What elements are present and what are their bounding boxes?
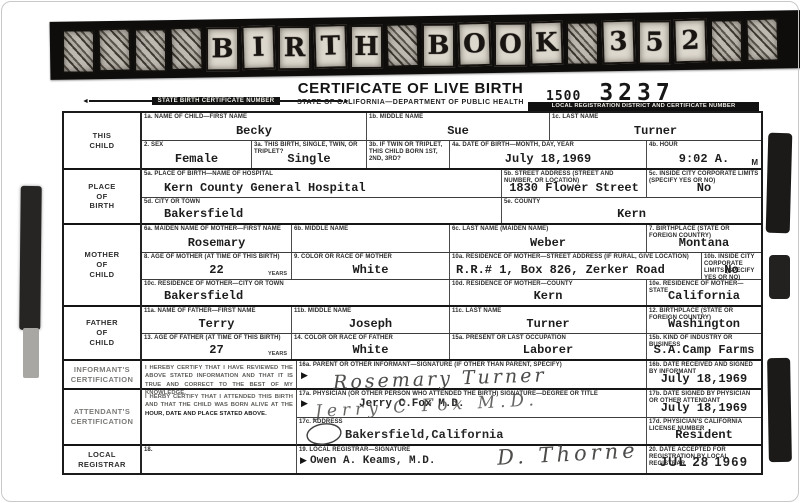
birth-book-stamp-bar: BIRTHBOOK352 [50, 10, 800, 80]
field-17b: 17b. DATE SIGNED BY PHYSICIAN OR OTHER A… [647, 390, 761, 417]
field-6c: 6c. LAST NAME (MAIDEN NAME) Weber [450, 225, 647, 252]
stamp-tile-letter: O [457, 22, 491, 67]
stamp-tile-letter: 5 [638, 20, 671, 64]
field-5e-label: 5e. COUNTY [504, 199, 759, 206]
book-stamp-tiles: BIRTHBOOK352 [62, 17, 780, 72]
field-14-label: 14. COLOR OR RACE OF FATHER [294, 335, 447, 342]
field-9-value: White [292, 263, 449, 277]
field-15b-value: S.A.Camp Farms [647, 343, 761, 357]
field-5b-value: 1830 Flower Street [502, 181, 646, 195]
row-mother-residence: 10c. RESIDENCE OF MOTHER—CITY OR TOWN Ba… [142, 280, 761, 307]
attendant-text-bold: HOUR, DATE AND PLACE STATED ABOVE. [145, 411, 267, 417]
field-8-label: 8. AGE OF MOTHER (AT TIME OF THIS BIRTH) [144, 254, 289, 261]
field-1c-label: 1c. LAST NAME [552, 114, 759, 121]
field-5b: 5b. STREET ADDRESS (STREET AND NUMBER, O… [502, 170, 647, 197]
field-20: 20. DATE ACCEPTED FOR REGISTRATION BY LO… [647, 446, 761, 473]
field-9-label: 9. COLOR OR RACE OF MOTHER [294, 254, 447, 261]
field-3a: 3a. THIS BIRTH, SINGLE, TWIN, OR TRIPLET… [252, 141, 367, 168]
field-6a-label: 6a. MAIDEN NAME OF MOTHER—FIRST NAME [144, 226, 289, 233]
field-17a: 17a. PHYSICIAN (OR OTHER PERSON WHO ATTE… [297, 390, 647, 417]
field-10d: 10d. RESIDENCE OF MOTHER—COUNTY Kern [450, 280, 647, 305]
row-father-name: 11a. NAME OF FATHER—FIRST NAME Terry 11b… [142, 307, 761, 334]
birth-certificate-scan: BIRTHBOOK352 ◄ STATE BIRTH CERTIFICATE N… [0, 0, 800, 503]
registrar-typed-name: Owen A. Keams, M.D. [310, 455, 435, 467]
scan-artifact-right-mid [769, 255, 790, 299]
field-1b: 1b. MIDDLE NAME Sue [367, 113, 550, 140]
field-15b: 15b. KIND OF INDUSTRY OR BUSINESS S.A.Ca… [647, 334, 761, 359]
field-1c-value: Turner [550, 124, 761, 138]
field-6c-value: Weber [450, 236, 646, 250]
row-city-county: 5d. CITY OR TOWN Bakersfield 5e. COUNTY … [142, 198, 761, 225]
field-10b: 10b. INSIDE CITY CORPORATE LIMITS (SPECI… [702, 253, 761, 279]
stamp-tile-smudge [566, 22, 599, 66]
row-father-age-occupation: 13. AGE OF FATHER (AT TIME OF THIS BIRTH… [142, 334, 761, 361]
stamp-tile-letter: T [313, 24, 347, 69]
stamp-tile-letter: K [529, 21, 563, 66]
field-6a: 6a. MAIDEN NAME OF MOTHER—FIRST NAME Ros… [142, 225, 292, 252]
stamp-tile-letter: H [350, 25, 383, 69]
field-10c: 10c. RESIDENCE OF MOTHER—CITY OR TOWN Ba… [142, 280, 450, 305]
section-mother-of-child: MOTHER OF CHILD [64, 225, 140, 307]
field-4b-label: 4b. HOUR [649, 142, 759, 149]
field-15a-value: Laborer [450, 343, 646, 357]
section-father-of-child: FATHER OF CHILD [64, 307, 140, 361]
field-11b: 11b. MIDDLE NAME Joseph [292, 307, 450, 333]
section-attendants-certification: ATTENDANT'S CERTIFICATION [64, 390, 140, 446]
scan-artifact-left-grey [23, 328, 39, 378]
field-16a: 16a. PARENT OR OTHER INFORMANT—SIGNATURE… [297, 361, 647, 388]
row-sex-date: 2. SEX Female 3a. THIS BIRTH, SINGLE, TW… [142, 141, 761, 170]
field-11c-value: Turner [450, 317, 646, 331]
row-mother-age-residence: 8. AGE OF MOTHER (AT TIME OF THIS BIRTH)… [142, 253, 761, 280]
field-4b-value: 9:02 A. [647, 152, 761, 166]
row-local-registrar: 18. 19. LOCAL REGISTRAR—SIGNATURE ▶ Owen… [142, 446, 761, 473]
field-11a-value: Terry [142, 317, 291, 331]
section-label-column: THIS CHILD PLACE OF BIRTH MOTHER OF CHIL… [64, 113, 142, 473]
signature-pointer-icon: ▶ [301, 371, 308, 380]
stamp-tile-letter: 2 [673, 18, 707, 63]
field-14: 14. COLOR OR RACE OF FATHER White [292, 334, 450, 359]
row-mother-name: 6a. MAIDEN NAME OF MOTHER—FIRST NAME Ros… [142, 225, 761, 253]
field-11c-label: 11c. LAST NAME [452, 308, 644, 315]
informant-certification-cell: I HEREBY CERTIFY THAT I HAVE REVIEWED TH… [142, 361, 297, 388]
field-8: 8. AGE OF MOTHER (AT TIME OF THIS BIRTH)… [142, 253, 292, 279]
field-7: 7. BIRTHPLACE (STATE OR FOREIGN COUNTRY)… [647, 225, 761, 252]
field-8-unit: YEARS [268, 271, 287, 277]
stamp-tile-smudge [745, 17, 779, 62]
signature-pointer-icon: ▶ [300, 456, 307, 465]
field-3a-value: Single [252, 152, 366, 166]
field-9: 9. COLOR OR RACE OF MOTHER White [292, 253, 450, 279]
field-2-value: Female [142, 152, 251, 166]
field-5e: 5e. COUNTY Kern [502, 198, 761, 223]
field-11c: 11c. LAST NAME Turner [450, 307, 647, 333]
stamp-tile-smudge [97, 27, 131, 72]
field-5e-value: Kern [502, 207, 761, 221]
field-11a: 11a. NAME OF FATHER—FIRST NAME Terry [142, 307, 292, 333]
field-14-value: White [292, 343, 449, 357]
stamp-tile-smudge [710, 19, 743, 63]
row-physician: 17a. PHYSICIAN (OR OTHER PERSON WHO ATTE… [297, 390, 761, 418]
field-10b-value: No [702, 263, 761, 277]
stamp-tile-letter: I [241, 25, 275, 70]
field-17c-label: 17c. ADDRESS [299, 419, 644, 426]
field-18-label: 18. [144, 447, 294, 454]
stamp-tile-smudge [134, 28, 167, 72]
field-12-value: Washington [647, 317, 761, 331]
field-11a-label: 11a. NAME OF FATHER—FIRST NAME [144, 308, 289, 315]
field-10a: 10a. RESIDENCE OF MOTHER—STREET ADDRESS … [450, 253, 702, 279]
certificate-table: THIS CHILD PLACE OF BIRTH MOTHER OF CHIL… [62, 111, 763, 475]
field-6b: 6b. MIDDLE NAME [292, 225, 450, 252]
field-1a-label: 1a. NAME OF CHILD—FIRST NAME [144, 114, 364, 121]
scan-artifact-right-bottom [767, 358, 792, 462]
field-1b-label: 1b. MIDDLE NAME [369, 114, 547, 121]
stamp-tile-letter: O [494, 23, 527, 67]
field-6b-label: 6b. MIDDLE NAME [294, 226, 447, 233]
field-5d-label: 5d. CITY OR TOWN [144, 199, 499, 206]
field-18: 18. [142, 446, 297, 473]
section-local-registrar: LOCAL REGISTRAR [64, 446, 140, 473]
stamp-tile-letter: B [422, 24, 455, 68]
field-10d-label: 10d. RESIDENCE OF MOTHER—COUNTY [452, 281, 644, 288]
field-4a-label: 4a. DATE OF BIRTH—MONTH, DAY, YEAR [452, 142, 644, 149]
local-registration-label: LOCAL REGISTRATION DISTRICT AND CERTIFIC… [528, 102, 759, 111]
hour-m-mark: M [751, 158, 758, 167]
field-10c-label: 10c. RESIDENCE OF MOTHER—CITY OR TOWN [144, 281, 447, 288]
field-11b-value: Joseph [292, 317, 449, 331]
scan-artifact-left-dark [19, 186, 42, 330]
field-7-value: Montana [647, 236, 761, 250]
attendant-certification-cell: I HERBY CERTIFY THAT I ATTENDED THIS BIR… [142, 390, 297, 446]
stamp-tile-smudge [385, 23, 419, 68]
field-11b-label: 11b. MIDDLE NAME [294, 308, 447, 315]
field-13-unit: YEARS [268, 351, 287, 357]
field-13: 13. AGE OF FATHER (AT TIME OF THIS BIRTH… [142, 334, 292, 359]
field-5a-label: 5a. PLACE OF BIRTH—NAME OF HOSPITAL [144, 171, 499, 178]
row-informant: I HEREBY CERTIFY THAT I HAVE REVIEWED TH… [142, 361, 761, 390]
field-16b: 16b. DATE RECEIVED AND SIGNED BY INFORMA… [647, 361, 761, 388]
field-15a: 15a. PRESENT OR LAST OCCUPATION Laborer [450, 334, 647, 359]
field-17b-value: July 18,1969 [647, 401, 761, 415]
field-1c: 1c. LAST NAME Turner [550, 113, 761, 140]
field-5d-value: Bakersfield [142, 207, 501, 221]
field-5a-value: Kern County General Hospital [142, 181, 501, 195]
field-5a: 5a. PLACE OF BIRTH—NAME OF HOSPITAL Kern… [142, 170, 502, 197]
attendant-text-normal: I HERBY CERTIFY THAT I ATTENDED THIS BIR… [145, 394, 293, 408]
row-child-name: 1a. NAME OF CHILD—FIRST NAME Becky 1b. M… [142, 113, 761, 141]
row-hospital: 5a. PLACE OF BIRTH—NAME OF HOSPITAL Kern… [142, 170, 761, 198]
stamp-tile-letter: R [278, 26, 311, 70]
section-informants-certification: INFORMANT'S CERTIFICATION [64, 361, 140, 390]
field-12: 12. BIRTHPLACE (STATE OR FOREIGN COUNTRY… [647, 307, 761, 333]
stamp-tile-smudge [62, 29, 95, 73]
field-5c-value: No [647, 181, 761, 195]
table-content: 1a. NAME OF CHILD—FIRST NAME Becky 1b. M… [142, 113, 761, 473]
field-4b: 4b. HOUR 9:02 A. M [647, 141, 761, 168]
field-1b-value: Sue [367, 124, 549, 138]
field-6a-value: Rosemary [142, 236, 291, 250]
field-17d: 17d. PHYSICIAN'S CALIFORNIA LICENSE NUMB… [647, 418, 761, 444]
field-4a-value: July 18,1969 [450, 152, 646, 166]
field-15a-label: 15a. PRESENT OR LAST OCCUPATION [452, 335, 644, 342]
field-1a: 1a. NAME OF CHILD—FIRST NAME Becky [142, 113, 367, 140]
field-2-label: 2. SEX [144, 142, 249, 149]
section-this-child: THIS CHILD [64, 113, 140, 170]
field-1a-value: Becky [142, 124, 366, 138]
field-17d-value: Resident [647, 428, 761, 442]
field-10a-label: 10a. RESIDENCE OF MOTHER—STREET ADDRESS … [452, 254, 699, 261]
field-3b-label: 3b. IF TWIN OR TRIPLET, THIS CHILD BORN … [369, 142, 447, 163]
signature-flourish [303, 420, 345, 446]
signature-pointer-icon: ▶ [301, 399, 308, 408]
field-10e-value: California [647, 289, 761, 303]
physician-address: Bakersfield,California [345, 428, 503, 442]
field-10d-value: Kern [450, 289, 646, 303]
field-10a-value: R.R.# 1, Box 826, Zerker Road [450, 263, 701, 277]
attendant-certification-text: I HERBY CERTIFY THAT I ATTENDED THIS BIR… [145, 393, 293, 418]
field-5d: 5d. CITY OR TOWN Bakersfield [142, 198, 502, 223]
registration-date-stamp: JUL 28 1969 [647, 455, 761, 469]
field-19: 19. LOCAL REGISTRAR—SIGNATURE ▶ Owen A. … [297, 446, 647, 473]
field-10c-value: Bakersfield [142, 289, 449, 303]
field-4a: 4a. DATE OF BIRTH—MONTH, DAY, YEAR July … [450, 141, 647, 168]
field-5c: 5c. INSIDE CITY CORPORATE LIMITS (SPECIF… [647, 170, 761, 197]
stamp-tile-letter: 3 [601, 20, 635, 65]
row-address-license: 17c. ADDRESS Bakersfield,California 17d.… [297, 418, 761, 446]
stamp-tile-smudge [169, 26, 203, 71]
field-13-label: 13. AGE OF FATHER (AT TIME OF THIS BIRTH… [144, 335, 289, 342]
field-16b-value: July 18,1969 [647, 372, 761, 386]
field-2: 2. SEX Female [142, 141, 252, 168]
section-place-of-birth: PLACE OF BIRTH [64, 170, 140, 225]
field-6c-label: 6c. LAST NAME (MAIDEN NAME) [452, 226, 644, 233]
scan-artifact-right-top [766, 133, 793, 234]
stamp-tile-letter: B [206, 27, 239, 71]
certificate-header: ◄ STATE BIRTH CERTIFICATE NUMBER ► CERTI… [62, 80, 759, 111]
field-3b: 3b. IF TWIN OR TRIPLET, THIS CHILD BORN … [367, 141, 450, 168]
field-10e: 10e. RESIDENCE OF MOTHER—STATE Californi… [647, 280, 761, 305]
